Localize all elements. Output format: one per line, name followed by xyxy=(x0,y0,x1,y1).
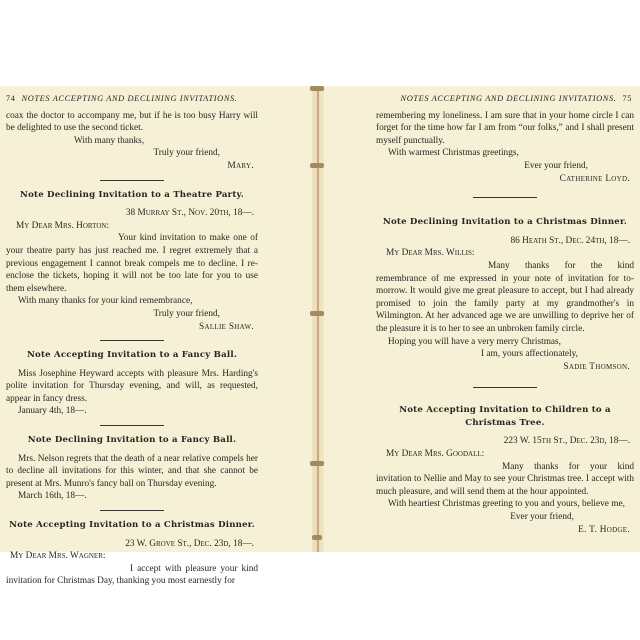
note-salutation: My Dear Mrs. Wagner: xyxy=(6,550,258,563)
note-heading: Note Accepting Invitation to a Fancy Bal… xyxy=(6,349,258,362)
signature: Sadie Thomson. xyxy=(376,361,634,374)
continuation-text: remembering my loneliness. I am sure tha… xyxy=(376,110,634,148)
note-heading: Note Declining Invitation to a Theatre P… xyxy=(6,189,258,202)
note-date: March 16th, 18—. xyxy=(6,490,258,503)
closing-line: With many thanks for your kind remembran… xyxy=(6,295,258,308)
divider-rule xyxy=(100,425,164,426)
note-body: Many thanks for the kind remembrance of … xyxy=(376,260,634,336)
closing-line: I am, yours affectionately, xyxy=(376,348,634,361)
right-running-head: NOTES ACCEPTING AND DECLINING INVITATION… xyxy=(376,93,634,106)
closing-line: Ever your friend, xyxy=(376,160,634,173)
closing-line: With warmest Christmas greetings, xyxy=(376,147,634,160)
note-heading: Note Accepting Invitation to a Christmas… xyxy=(6,519,258,532)
right-page: NOTES ACCEPTING AND DECLINING INVITATION… xyxy=(376,86,634,552)
note-body: Miss Josephine Heyward accepts with plea… xyxy=(6,368,258,406)
signature: Mary. xyxy=(6,160,258,173)
note-heading: Note Accepting Invitation to Children to… xyxy=(376,404,634,429)
binding-stitch xyxy=(310,163,324,168)
binding-stitch xyxy=(310,311,324,316)
binding-stitch xyxy=(310,86,324,91)
signature: Catherine Loyd. xyxy=(376,173,634,186)
signature: E. T. Hodge. xyxy=(376,524,634,537)
note-salutation: My Dear Mrs. Goodall: xyxy=(376,448,634,461)
left-page: 74NOTES ACCEPTING AND DECLINING INVITATI… xyxy=(6,86,258,552)
note-body: I accept with pleasure your kind invitat… xyxy=(6,563,258,588)
note-heading: Note Declining Invitation to a Christmas… xyxy=(376,216,634,229)
divider-rule xyxy=(100,510,164,511)
note-address: 86 Heath St., Dec. 24th, 18—. xyxy=(376,235,634,248)
binding-stitch xyxy=(310,461,324,466)
closing-line: Truly your friend, xyxy=(6,147,258,160)
closing-line: Hoping you will have a very merry Christ… xyxy=(376,336,634,349)
left-page-number: 74 xyxy=(6,94,16,103)
right-page-number: 75 xyxy=(622,94,632,103)
continuation-text: coax the doctor to accompany me, but if … xyxy=(6,110,258,135)
note-heading: Note Declining Invitation to a Fancy Bal… xyxy=(6,434,258,447)
binding-stitch xyxy=(312,535,322,540)
closing-line: With many thanks, xyxy=(6,135,258,148)
divider-rule xyxy=(473,387,537,388)
signature: Sallie Shaw. xyxy=(6,321,258,334)
note-body: Mrs. Nelson regrets that the death of a … xyxy=(6,453,258,491)
divider-rule xyxy=(473,197,537,198)
note-date: January 4th, 18—. xyxy=(6,405,258,418)
note-address: 223 W. 15th St., Dec. 23d, 18—. xyxy=(376,435,634,448)
binding-thread xyxy=(317,86,319,552)
note-body: Many thanks for your kind invitation to … xyxy=(376,461,634,499)
note-address: 23 W. Grove St., Dec. 23d, 18—. xyxy=(6,538,258,551)
divider-rule xyxy=(100,180,164,181)
note-salutation: My Dear Mrs. Willis: xyxy=(376,247,634,260)
note-salutation: My Dear Mrs. Horton: xyxy=(6,220,258,233)
note-body: Your kind invitation to make one of your… xyxy=(6,232,258,295)
left-running-head: 74NOTES ACCEPTING AND DECLINING INVITATI… xyxy=(6,93,258,106)
note-address: 38 Murray St., Nov. 20th, 18—. xyxy=(6,207,258,220)
closing-line: Truly your friend, xyxy=(6,308,258,321)
closing-line: Ever your friend, xyxy=(376,511,634,524)
divider-rule xyxy=(100,340,164,341)
closing-line: With heartiest Christmas greeting to you… xyxy=(376,498,634,511)
